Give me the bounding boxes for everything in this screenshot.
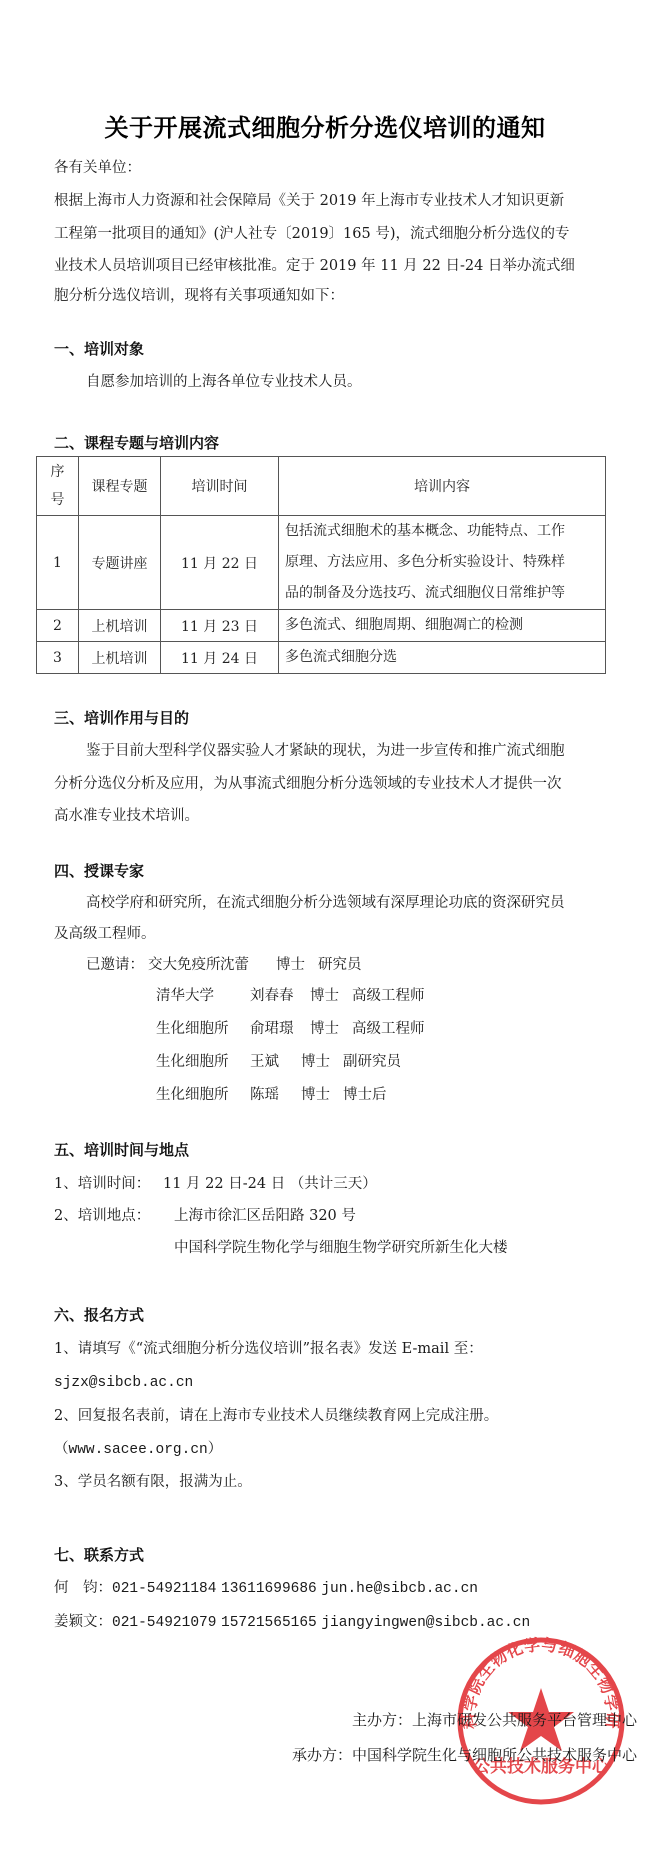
cell-no: 2 xyxy=(37,610,79,642)
time-label: 1、培训时间： xyxy=(54,1174,150,1194)
course-table: 序 号 课程专题 培训时间 培训内容 1 专题讲座 11 月 22 日 包括流式… xyxy=(36,456,606,674)
intro-line: 胞分析分选仪培训，现将有关事项通知如下： xyxy=(54,286,344,306)
host-organization: 主办方：上海市研发公共服务平台管理中心 xyxy=(352,1710,637,1730)
contact-phone: 021-54921184 xyxy=(112,1581,216,1597)
expert-degree: 博士 xyxy=(301,1052,330,1072)
table-row: 2 上机培训 11 月 23 日 多色流式、细胞周期、细胞凋亡的检测 xyxy=(37,610,606,642)
section-heading: 三、培训作用与目的 xyxy=(54,708,189,728)
salutation: 各有关单位： xyxy=(54,158,141,178)
place-building: 中国科学院生物化学与细胞生物学研究所新生化大楼 xyxy=(174,1238,508,1258)
expert-name: 俞珺璟 xyxy=(250,1019,294,1039)
cell-date: 11 月 23 日 xyxy=(161,610,279,642)
section-heading: 七、联系方式 xyxy=(54,1545,144,1565)
expert-org: 生化细胞所 xyxy=(156,1052,229,1072)
section-line: 及高级工程师。 xyxy=(54,924,156,944)
header-date: 培训时间 xyxy=(161,457,279,516)
website-link[interactable]: （www.sacee.org.cn） xyxy=(54,1440,222,1460)
section-line: 分析分选仪分析及应用，为从事流式细胞分析分选领域的专业技术人才提供一次 xyxy=(54,774,562,794)
intro-line: 根据上海市人力资源和社会保障局《关于 2019 年上海市专业技术人才知识更新 xyxy=(54,191,564,211)
cell-no: 3 xyxy=(37,642,79,674)
time-value: 11 月 22 日-24 日 （共计三天） xyxy=(163,1174,377,1194)
expert-title: 研究员 xyxy=(318,955,362,975)
expert-org: 生化细胞所 xyxy=(156,1019,229,1039)
cell-no: 1 xyxy=(37,516,79,610)
expert-org: 生化细胞所 xyxy=(156,1085,229,1105)
contact-email-link[interactable]: jiangyingwen@sibcb.ac.cn xyxy=(321,1615,530,1631)
page-title: 关于开展流式细胞分析分选仪培训的通知 xyxy=(0,108,650,143)
expert-degree: 博士 xyxy=(310,986,339,1006)
cell-date: 11 月 22 日 xyxy=(161,516,279,610)
cell-content: 多色流式细胞分选 xyxy=(279,642,606,674)
expert-name: 刘春春 xyxy=(250,986,294,1006)
cell-topic: 专题讲座 xyxy=(79,516,161,610)
contact-mobile: 15721565165 xyxy=(221,1615,317,1631)
expert-degree: 博士 xyxy=(310,1019,339,1039)
table-header-row: 序 号 课程专题 培训时间 培训内容 xyxy=(37,457,606,516)
table-row: 3 上机培训 11 月 24 日 多色流式细胞分选 xyxy=(37,642,606,674)
expert-degree: 博士 xyxy=(301,1085,330,1105)
contact-name: 何 钧： xyxy=(54,1580,112,1596)
expert-title: 高级工程师 xyxy=(352,1019,425,1039)
section-heading: 二、课程专题与培训内容 xyxy=(54,433,219,453)
contact-email-link[interactable]: jun.he@sibcb.ac.cn xyxy=(321,1581,478,1597)
contact-phone: 021-54921079 xyxy=(112,1615,216,1631)
expert-name: 王斌 xyxy=(250,1052,279,1072)
expert-title: 副研究员 xyxy=(343,1052,401,1072)
expert-org: 清华大学 xyxy=(156,986,214,1006)
expert-title: 博士后 xyxy=(343,1085,387,1105)
place-address: 上海市徐汇区岳阳路 320 号 xyxy=(174,1206,356,1226)
section-heading: 四、授课专家 xyxy=(54,861,144,881)
section-line: 高水准专业技术培训。 xyxy=(54,806,199,826)
invited-label: 已邀请： xyxy=(86,955,144,975)
expert-degree: 博士 xyxy=(276,955,305,975)
cell-content: 包括流式细胞术的基本概念、功能特点、工作 原理、方法应用、多色分析实验设计、特殊… xyxy=(279,516,606,610)
section-heading: 五、培训时间与地点 xyxy=(54,1140,189,1160)
expert-title: 高级工程师 xyxy=(352,986,425,1006)
section-line: 鉴于目前大型科学仪器实验人才紧缺的现状，为进一步宣传和推广流式细胞 xyxy=(86,741,565,761)
intro-line: 工程第一批项目的通知》(沪人社专〔2019〕165 号)，流式细胞分析分选仪的专 xyxy=(54,224,570,244)
section-body: 自愿参加培训的上海各单位专业技术人员。 xyxy=(86,372,362,392)
contact-mobile: 13611699686 xyxy=(221,1581,317,1597)
cell-content: 多色流式、细胞周期、细胞凋亡的检测 xyxy=(279,610,606,642)
signup-item: 3、学员名额有限，报满为止。 xyxy=(54,1472,252,1492)
signup-item: 1、请填写《“流式细胞分析分选仪培训”报名表》发送 E-mail 至： xyxy=(54,1339,483,1359)
expert-org: 交大免疫所 xyxy=(148,955,221,975)
section-heading: 一、培训对象 xyxy=(54,339,144,359)
section-heading: 六、报名方式 xyxy=(54,1305,144,1325)
intro-line: 业技术人员培训项目已经审核批准。定于 2019 年 11 月 22 日-24 日… xyxy=(54,256,575,276)
place-label: 2、培训地点： xyxy=(54,1206,150,1226)
signup-item: 2、回复报名表前，请在上海市专业技术人员继续教育网上完成注册。 xyxy=(54,1406,498,1426)
signup-email-link[interactable]: sjzx@sibcb.ac.cn xyxy=(54,1373,193,1393)
contact-row: 姜颖文：021-54921079 15721565165 jiangyingwe… xyxy=(54,1612,530,1633)
organizer-organization: 承办方：中国科学院生化与细胞所公共技术服务中心 xyxy=(292,1745,637,1765)
header-seq: 序 号 xyxy=(37,457,79,516)
expert-name: 沈蕾 xyxy=(220,955,249,975)
contact-row: 何 钧：021-54921184 13611699686 jun.he@sibc… xyxy=(54,1578,478,1599)
cell-topic: 上机培训 xyxy=(79,642,161,674)
header-topic: 课程专题 xyxy=(79,457,161,516)
table-row: 1 专题讲座 11 月 22 日 包括流式细胞术的基本概念、功能特点、工作 原理… xyxy=(37,516,606,610)
cell-date: 11 月 24 日 xyxy=(161,642,279,674)
header-content: 培训内容 xyxy=(279,457,606,516)
cell-topic: 上机培训 xyxy=(79,610,161,642)
section-line: 高校学府和研究所，在流式细胞分析分选领域有深厚理论功底的资深研究员 xyxy=(86,893,565,913)
expert-name: 陈瑶 xyxy=(250,1085,279,1105)
contact-name: 姜颖文： xyxy=(54,1614,112,1630)
